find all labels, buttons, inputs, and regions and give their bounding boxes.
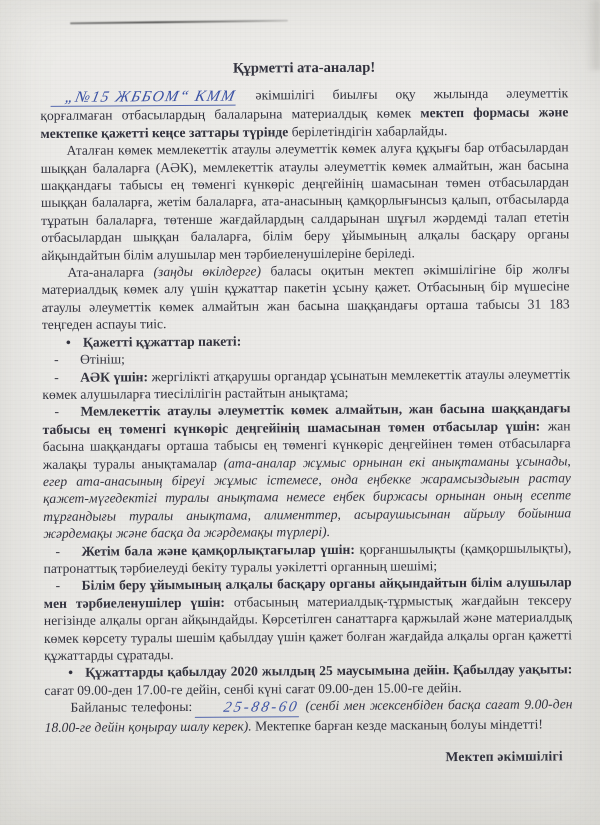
letter-title: Құрметті ата-аналар! [40,58,568,79]
letter-body: Құрметті ата-аналар! „№15 ЖББОМ“ КММ әкі… [40,58,573,768]
list-item-aek: -АӘК үшін: жергілікті атқарушы органдар … [42,365,570,403]
deadline-bold: Құжаттарды қабылдау 2020 жылдың 25 маусы… [85,662,572,680]
legal-representatives-italic: (заңды өкілдерге) [153,264,261,280]
list-item-bold: Жетім бала және қамқорлықтағылар үшін: [81,541,355,558]
intro-text-end: берілетіндігін хабарлайды. [288,123,447,139]
handwritten-phone-number: 25-88-60 [195,700,302,718]
handwritten-school-name: „№15 ЖББОМ“ КММ [51,89,240,107]
packet-header-label: Қажетті құжаттар пакеті: [83,333,241,349]
scan-corner-smudge [586,0,600,70]
bullet-icon: • [68,664,85,682]
dash-icon: - [54,403,80,421]
list-item-bold: Мемлекеттік атаулы әлеуметтік көмек алма… [43,401,571,437]
list-item-low-income: -Мемлекеттік атаулы әлеуметтік көмек алм… [42,400,571,543]
dash-icon: - [55,542,81,560]
list-item-collegial-body: -Білім беру ұйымының алқалы басқару орга… [44,574,573,665]
parents-text: Ата-аналарға [67,264,153,280]
bullet-icon: • [66,333,83,351]
dash-icon: - [56,577,82,595]
contact-label: Байланыс телефоны: [70,699,196,715]
mask-requirement-text: Мектепке барған кезде масканың болуы мін… [255,717,543,734]
dash-icon: - [54,351,80,369]
list-item-text: Өтініш; [80,352,125,367]
deadline-text: сағат 09.00-ден 17.00-ге дейін, сенбі кү… [44,680,461,698]
contact-paragraph: Байланыс телефоны: 25-88-60 (сенбі мен ж… [44,696,572,737]
scan-streak-artifact [70,20,288,25]
list-item-bold: АӘК үшін: [80,369,148,384]
list-item-orphans: -Жетім бала және қамқорлықтағылар үшін: … [43,539,571,577]
signature: Мектеп әкімшілігі [45,747,573,768]
deadline-paragraph: •Құжаттарды қабылдау 2020 жылдың 25 маус… [44,661,572,699]
application-paragraph: Ата-аналарға (заңды өкілдерге) баласы оқ… [41,260,569,333]
intro-paragraph: „№15 ЖББОМ“ КММ әкімшілігі биылғы оқу жы… [40,85,568,142]
dash-icon: - [54,368,80,386]
scanned-letter-page: Құрметті ата-аналар! „№15 ЖББОМ“ КММ әкі… [0,0,600,825]
eligibility-paragraph: Аталған көмек мемлекеттік атаулы әлеумет… [41,139,570,265]
